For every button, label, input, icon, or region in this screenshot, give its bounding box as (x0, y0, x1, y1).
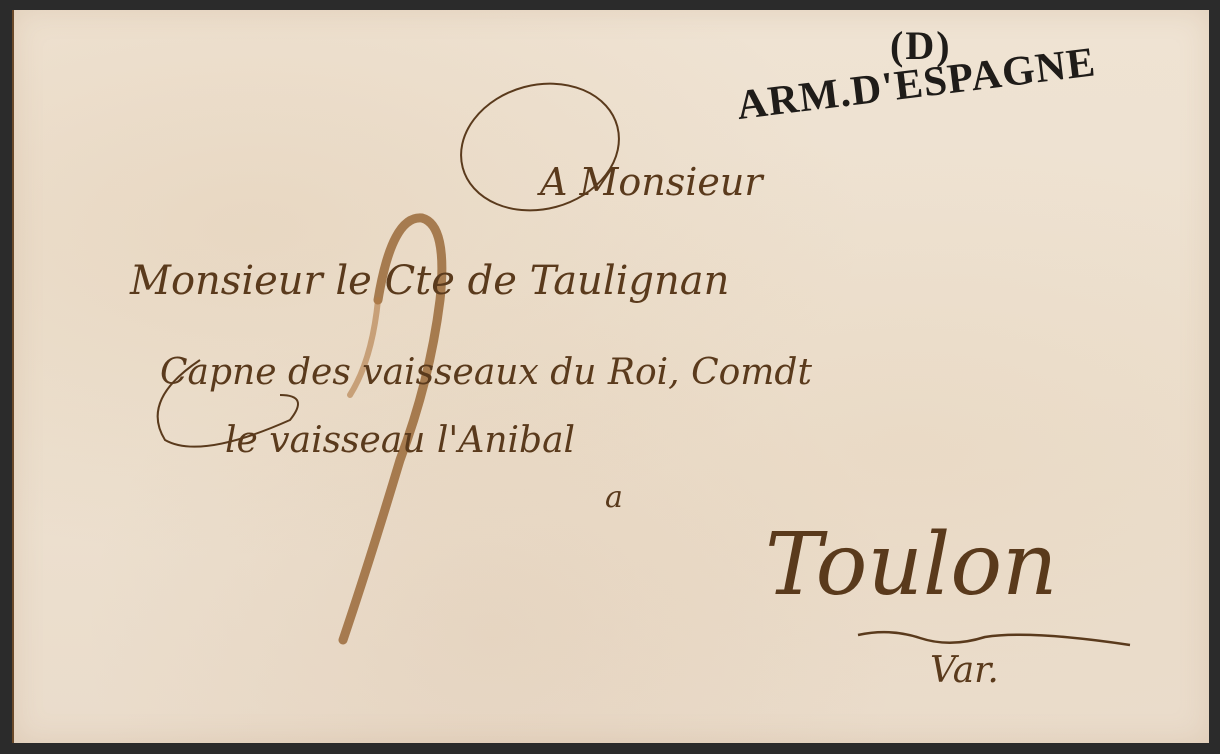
address-line-4: le vaisseau l'Anibal (225, 420, 575, 461)
address-department: Var. (930, 650, 999, 691)
photo-frame: (D) ARM.D'ESPAGNE A Monsieur Monsieur le… (0, 0, 1220, 754)
toulon-underline-flourish (858, 632, 1130, 645)
address-line-5: a (605, 480, 623, 515)
address-line-1: A Monsieur (540, 160, 763, 204)
address-city: Toulon (765, 515, 1058, 615)
address-line-2: Monsieur le Cte de Taulignan (130, 258, 729, 304)
address-line-3: Capne des vaisseaux du Roi, Comdt (160, 352, 812, 393)
